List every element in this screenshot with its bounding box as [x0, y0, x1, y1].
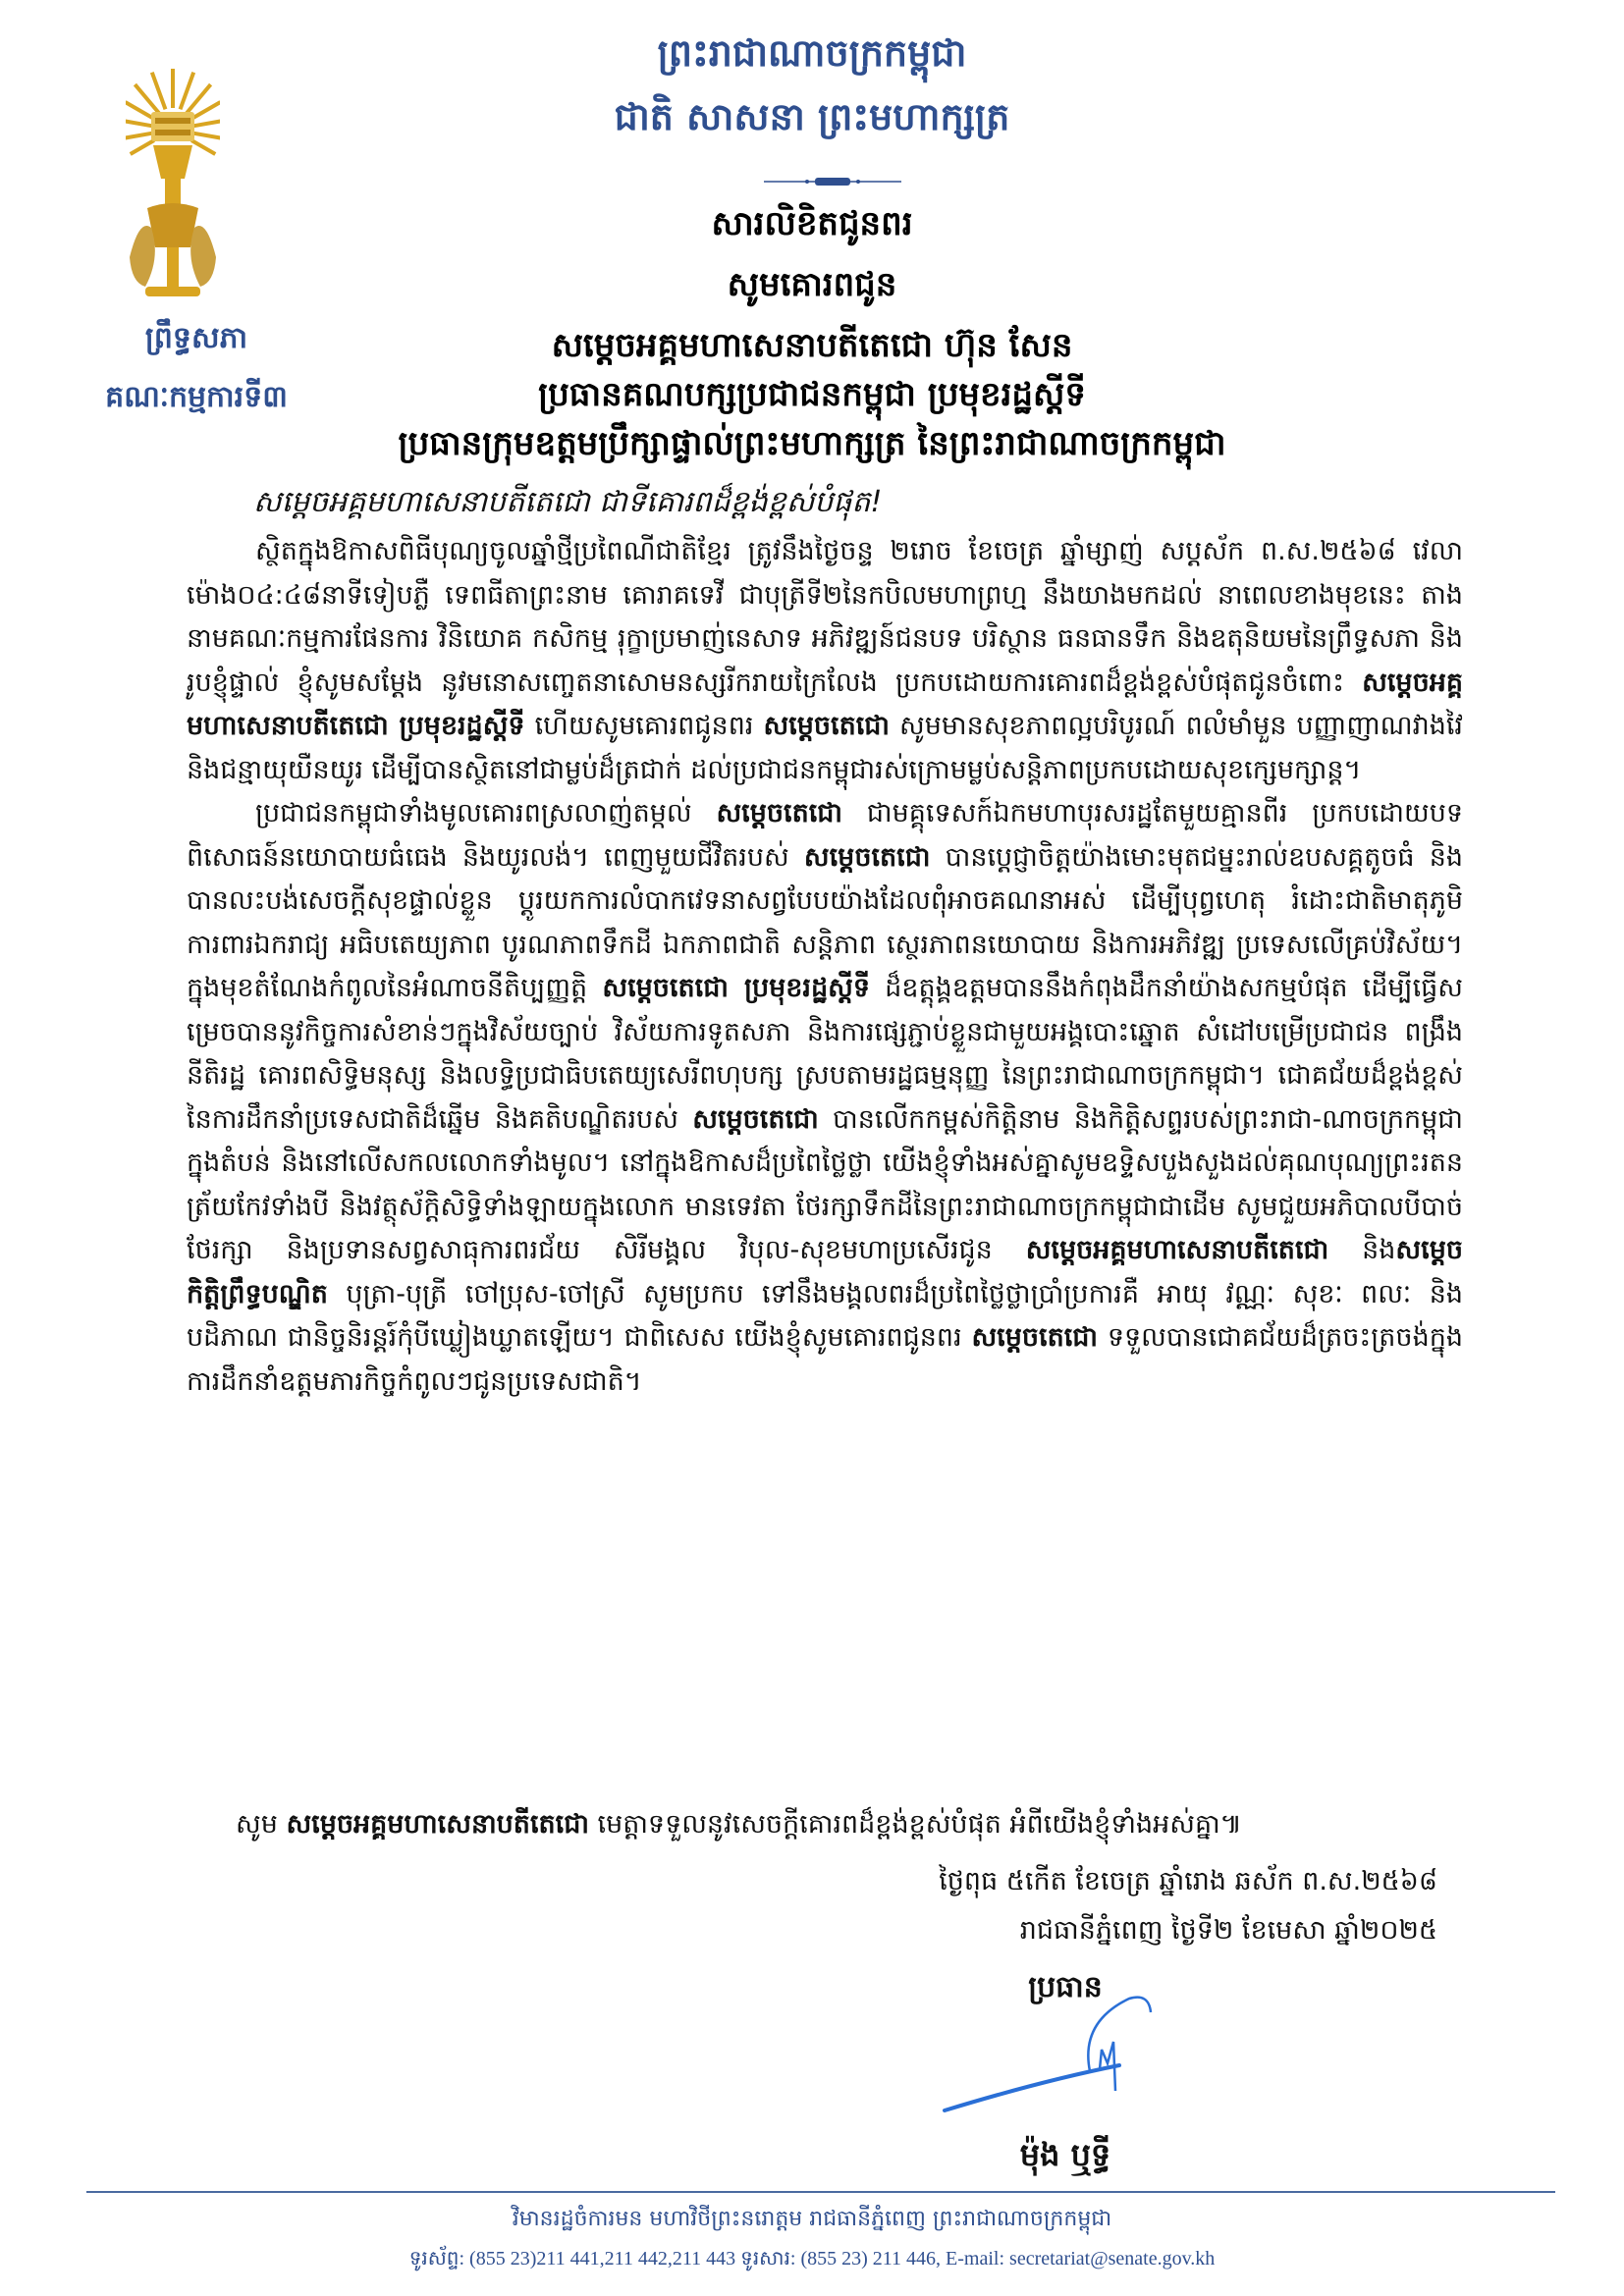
lunar-date: ថ្ងៃពុធ ៥កើត ខែចេត្រ ឆ្នាំរោង ឆស័ក ព.ស.២…: [939, 1865, 1437, 1903]
addressee-name: សម្តេចអគ្គមហាសេនាបតីតេជោ ហ៊ុន សែន: [196, 326, 1428, 366]
footer-contact: ទូរស័ព្ទ: (855 23)211 441,211 442,211 44…: [0, 2245, 1624, 2274]
national-motto: ជាតិ សាសនា ព្រះមហាក្សត្រ: [196, 93, 1428, 148]
paragraph-text: ស្ថិតក្នុងឱកាសពិធីបុណ្យចូលឆ្នាំថ្មីប្រពៃ…: [187, 536, 1463, 698]
bold-honorific: សម្តេចអគ្គមហាសេនាបតីតេជោ: [1026, 1235, 1329, 1265]
closing-line: សូម សម្តេចអគ្គមហាសេនាបតីតេជោ មេត្តាទទួលន…: [236, 1808, 1242, 1846]
paragraph-2: ប្រជាជនកម្ពុជាទាំងមូលគោរពស្រលាញ់តម្កល់ ស…: [187, 792, 1463, 1404]
closing-text: សូម: [236, 1809, 286, 1840]
letter-title: សារលិខិតជូនពរ: [196, 204, 1428, 244]
place-and-solar-date: រាជធានីភ្នំពេញ ថ្ងៃទី២ ខែមេសា ឆ្នាំ២០២៥: [1020, 1914, 1437, 1952]
bold-honorific: សម្តេចតេជោ: [971, 1322, 1098, 1353]
bold-honorific: សម្តេចអគ្គមហាសេនាបតីតេជោ: [286, 1809, 589, 1840]
letter-body: ស្ថិតក្នុងឱកាសពិធីបុណ្យចូលឆ្នាំថ្មីប្រពៃ…: [187, 530, 1463, 1404]
paragraph-text: ហើយសូមគោរពជូនពរ: [525, 711, 764, 741]
paragraph-text: ប្រជាជនកម្ពុជាទាំងមូលគោរពស្រលាញ់តម្កល់: [255, 798, 716, 828]
addressee-role-2: ប្រធានក្រុមឧត្តមប្រឹក្សាផ្ទាល់ព្រះមហាក្ស…: [196, 424, 1428, 464]
addressee-role-1: ប្រធានគណបក្សប្រជាជនកម្ពុជា ប្រមុខរដ្ឋស្ត…: [196, 375, 1428, 415]
ornamental-divider-icon: [764, 173, 901, 185]
bold-honorific: សម្តេចតេជោ: [804, 842, 931, 873]
salutation: សម្តេចអគ្គមហាសេនាបតីតេជោ ជាទីគោរពដ៏ខ្ពង់…: [253, 483, 882, 526]
closing-text: មេត្តាទទួលនូវសេចក្តីគោរពដ៏ខ្ពង់ខ្ពស់បំផុ…: [589, 1809, 1242, 1840]
footer-divider: [86, 2191, 1555, 2193]
bold-honorific: សម្តេចតេជោ: [716, 798, 842, 828]
signature-icon: [943, 1993, 1237, 2130]
bold-honorific: សម្តេចតេជោ: [692, 1104, 819, 1135]
kingdom-heading: ព្រះរាជាណាចក្រកម្ពុជា: [196, 29, 1428, 84]
paragraph-text: និង: [1328, 1235, 1395, 1265]
addressee-intro: សូមគោរពជូន: [196, 265, 1428, 305]
paragraph-1: ស្ថិតក្នុងឱកាសពិធីបុណ្យចូលឆ្នាំថ្មីប្រពៃ…: [187, 530, 1463, 792]
bold-honorific: សម្តេចតេជោ: [763, 711, 890, 741]
footer-address: វិមានរដ្ឋចំការមន មហាវិថីព្រះនរោត្តម រាជធ…: [0, 2205, 1624, 2236]
bold-honorific: សម្តេចតេជោ ប្រមុខរដ្ឋស្តីទី: [602, 973, 870, 1003]
signer-name: ម៉ុង ឬទ្ធី: [943, 2135, 1188, 2181]
